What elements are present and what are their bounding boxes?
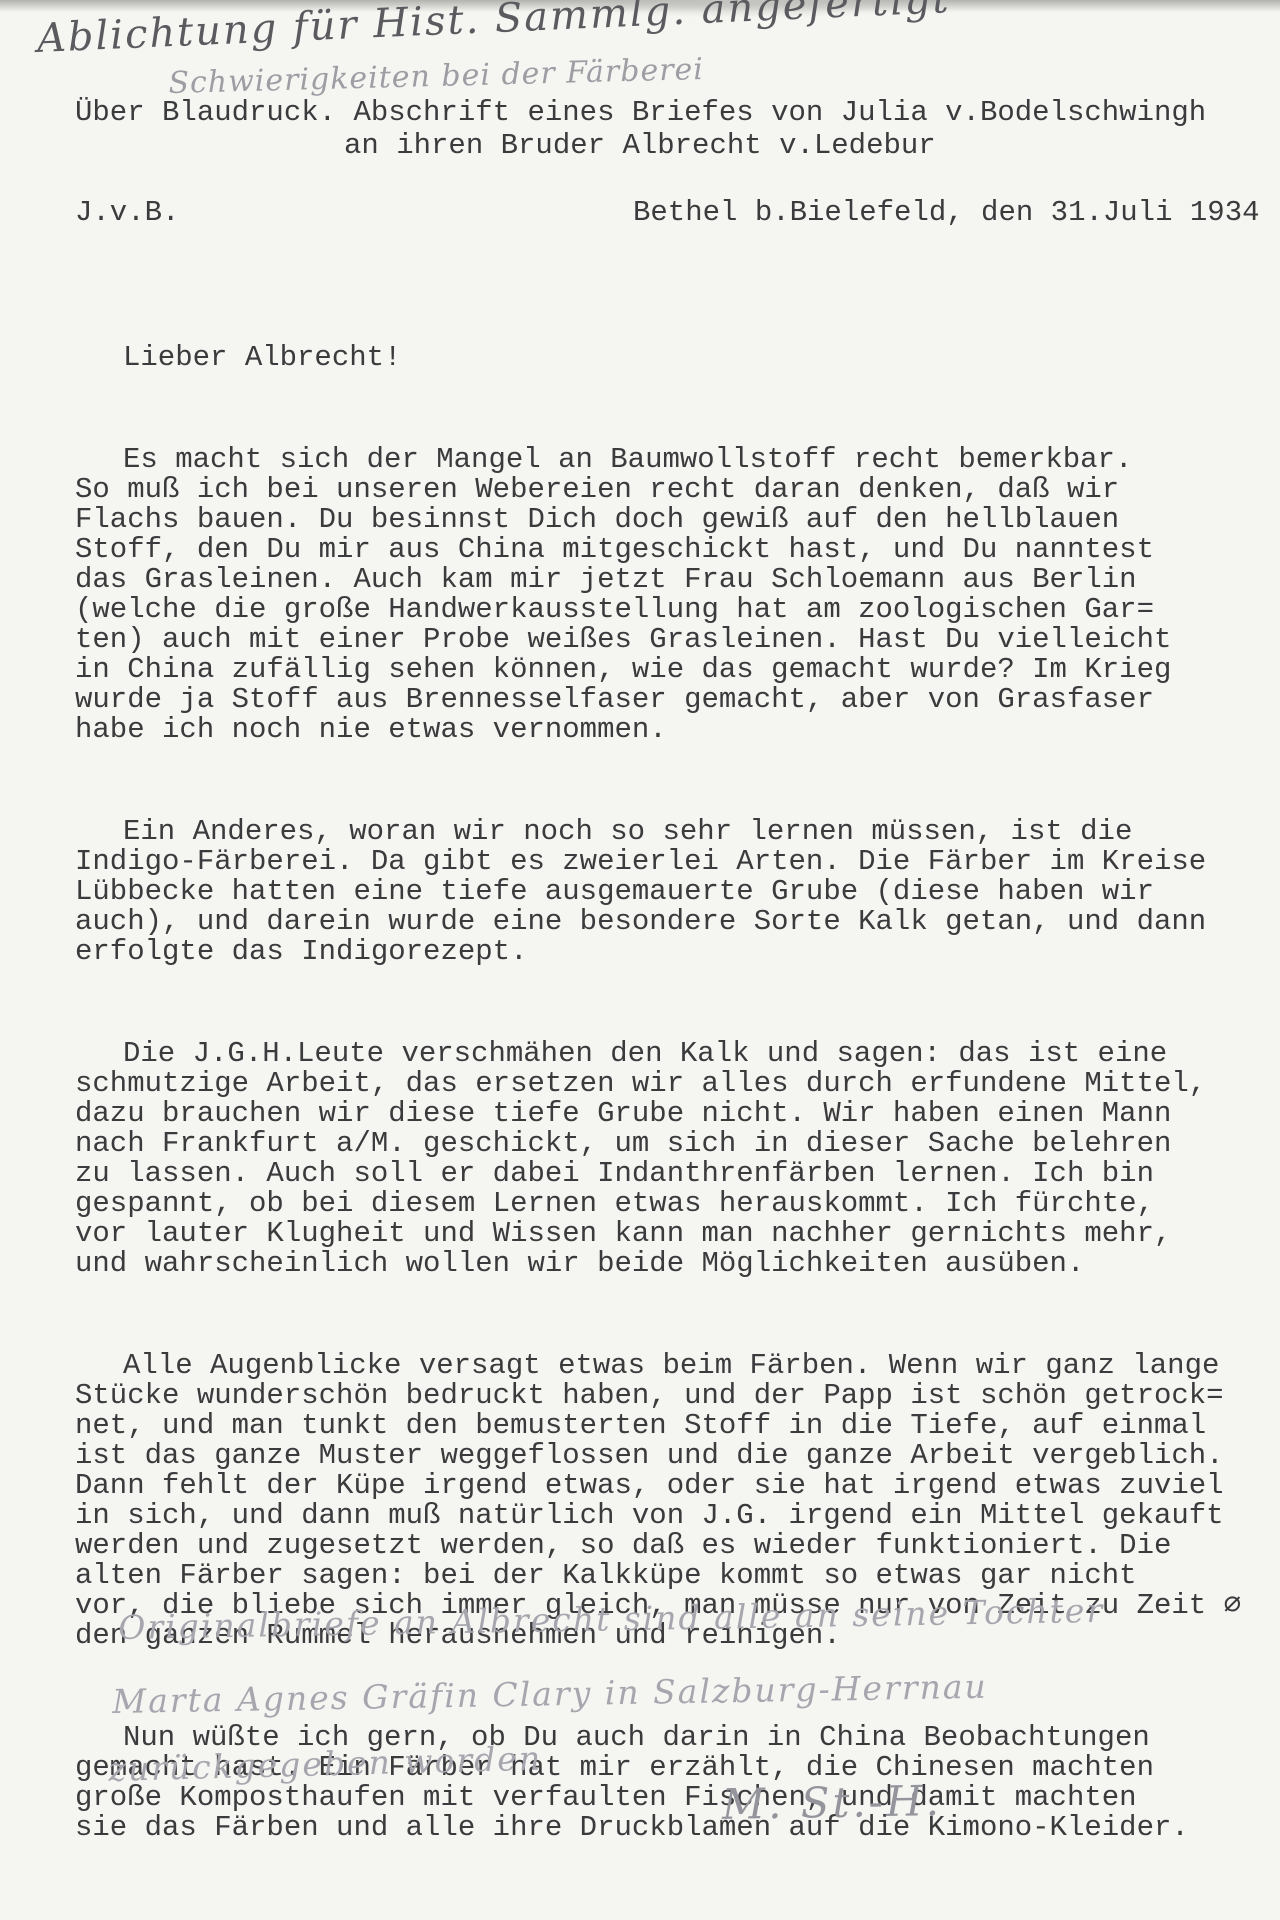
letter-line: Ein Anderes, woran wir noch so sehr lern… xyxy=(75,817,1220,847)
letter-line: in sich, und dann muß natürlich von J.G.… xyxy=(75,1501,1220,1531)
letter-title-line1: Über Blaudruck. Abschrift eines Briefes … xyxy=(75,98,1206,128)
letter-body: Lieber Albrecht! Es macht sich der Mange… xyxy=(75,283,1220,1903)
scanned-letter-page: Ablichtung für Hist. Sammlg. angefertigt… xyxy=(0,0,1280,1920)
sender-initials: J.v.B. xyxy=(75,198,179,228)
letter-line: habe ich noch nie etwas vernommen. xyxy=(75,715,1220,745)
letter-line: Dann fehlt der Küpe irgend etwas, oder s… xyxy=(75,1471,1220,1501)
letter-line: Es macht sich der Mangel an Baumwollstof… xyxy=(75,445,1220,475)
letter-line: sie das Färben und alle ihre Druckblamen… xyxy=(75,1813,1220,1843)
letter-line: Stücke wunderschön bedruckt haben, und d… xyxy=(75,1381,1220,1411)
letter-line: große Komposthaufen mit verfaulten Fisch… xyxy=(75,1783,1220,1813)
salutation: Lieber Albrecht! xyxy=(75,343,1220,373)
letter-paragraph-3: Die J.G.H.Leute verschmähen den Kalk und… xyxy=(75,1039,1220,1279)
letter-line: schmutzige Arbeit, das ersetzen wir alle… xyxy=(75,1069,1220,1099)
letter-paragraph-1: Es macht sich der Mangel an Baumwollstof… xyxy=(75,445,1220,745)
place-and-date-line: Bethel b.Bielefeld, den 31.Juli 1934 xyxy=(633,198,1260,228)
letter-line: dazu brauchen wir diese tiefe Grube nich… xyxy=(75,1099,1220,1129)
letter-line: wurde ja Stoff aus Brennesselfaser gemac… xyxy=(75,685,1220,715)
letter-line: Die J.G.H.Leute verschmähen den Kalk und… xyxy=(75,1039,1220,1069)
letter-line: in China zufällig sehen können, wie das … xyxy=(75,655,1220,685)
letter-line: Indigo-Färberei. Da gibt es zweierlei Ar… xyxy=(75,847,1220,877)
letter-line: nach Frankfurt a/M. geschickt, um sich i… xyxy=(75,1129,1220,1159)
handwritten-initials-signature: M. St.-H. xyxy=(722,1776,943,1829)
letter-line: und wahrscheinlich wollen wir beide Mögl… xyxy=(75,1249,1220,1279)
letter-line: Stoff, den Du mir aus China mitgeschickt… xyxy=(75,535,1220,565)
letter-line: das Grasleinen. Auch kam mir jetzt Frau … xyxy=(75,565,1220,595)
letter-line: gespannt, ob bei diesem Lernen etwas her… xyxy=(75,1189,1220,1219)
handwritten-note-top-line2: Schwierigkeiten bei der Färberei xyxy=(168,52,704,101)
letter-line: zu lassen. Auch soll er dabei Indanthren… xyxy=(75,1159,1220,1189)
letter-line: werden und zugesetzt werden, so daß es w… xyxy=(75,1531,1220,1561)
handwritten-note-top-line1: Ablichtung für Hist. Sammlg. angefertigt xyxy=(36,0,951,62)
letter-line: net, und man tunkt den bemusterten Stoff… xyxy=(75,1411,1220,1441)
letter-line: erfolgte das Indigorezept. xyxy=(75,937,1220,967)
letter-line: (welche die große Handwerkausstellung ha… xyxy=(75,595,1220,625)
letter-line: auch), und darein wurde eine besondere S… xyxy=(75,907,1220,937)
letter-line: alten Färber sagen: bei der Kalkküpe kom… xyxy=(75,1561,1220,1591)
letter-line: Flachs bauen. Du besinnst Dich doch gewi… xyxy=(75,505,1220,535)
letter-paragraph-2: Ein Anderes, woran wir noch so sehr lern… xyxy=(75,817,1220,967)
letter-line: Lübbecke hatten eine tiefe ausgemauerte … xyxy=(75,877,1220,907)
letter-line: ten) auch mit einer Probe weißes Graslei… xyxy=(75,625,1220,655)
letter-line: Alle Augenblicke versagt etwas beim Färb… xyxy=(75,1351,1220,1381)
letter-line: So muß ich bei unseren Webereien recht d… xyxy=(75,475,1220,505)
letter-title-line2: an ihren Bruder Albrecht v.Ledebur xyxy=(344,131,936,161)
letter-line: vor lauter Klugheit und Wissen kann man … xyxy=(75,1219,1220,1249)
letter-line: ist das ganze Muster weggeflossen und di… xyxy=(75,1441,1220,1471)
